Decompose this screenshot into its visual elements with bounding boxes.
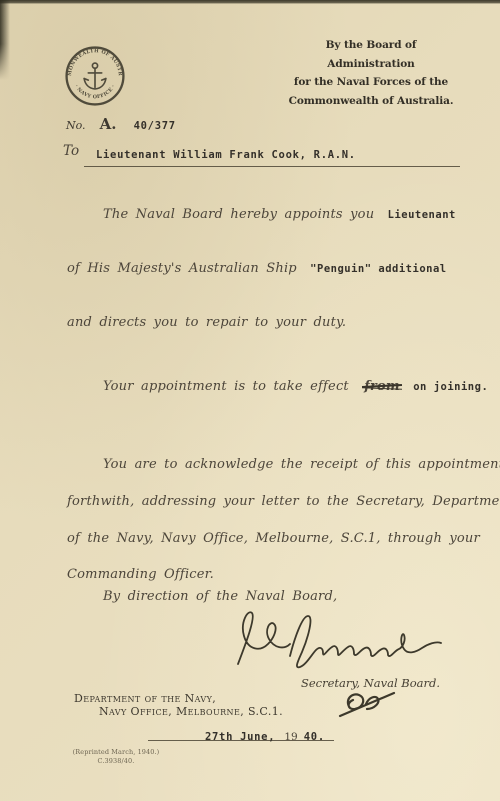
ack-line-4: Commanding Officer. <box>67 567 214 582</box>
ack-line-2: forthwith, addressing your letter to the… <box>67 494 500 509</box>
effect-struck-word: from <box>364 379 400 394</box>
navy-office-seal: COMMONWEALTH OF AUSTRALIA · NAVY OFFICE … <box>64 45 126 107</box>
department-line-2: Navy Office, Melbourne, S.C.1. <box>99 705 283 718</box>
no-label: No. <box>66 119 86 132</box>
authority-line: By the Board of Administration <box>282 36 460 73</box>
printers-note: (Reprinted March, 1940.) C.3938/40. <box>70 748 162 766</box>
date-day-typed: 27th June, <box>205 731 275 743</box>
ship-name-typed: "Penguin" additional <box>310 263 446 275</box>
date-line: 27th June, 19 40. <box>205 725 325 744</box>
to-label: To <box>63 143 79 159</box>
body-line-appoint: The Naval Board hereby appoints you Lieu… <box>103 207 456 222</box>
direction-line: By direction of the Naval Board, <box>103 589 337 604</box>
printers-note-line-1: (Reprinted March, 1940.) <box>70 748 162 757</box>
body-line-duty: and directs you to repair to your duty. <box>67 315 346 330</box>
duty-printed: and directs you to repair to your duty. <box>67 315 346 330</box>
authority-line: Commonwealth of Australia. <box>282 92 460 111</box>
effect-printed: Your appointment is to take effect <box>103 379 349 394</box>
authority-line: for the Naval Forces of the <box>282 73 460 92</box>
handwritten-initials-scribble <box>336 688 400 720</box>
ack-line-1: You are to acknowledge the receipt of th… <box>103 457 500 472</box>
appoint-rank-typed: Lieutenant <box>388 209 456 221</box>
date-year-printed: 19 <box>284 731 297 743</box>
photo-edge-top <box>0 0 500 4</box>
effect-typed: on joining. <box>413 381 488 393</box>
addressee-name: Lieutenant William Frank Cook, R.A.N. <box>96 149 356 161</box>
series-letter: A. <box>100 115 117 133</box>
printers-note-line-2: C.3938/40. <box>70 757 162 766</box>
seal-arc-top-text: COMMONWEALTH OF AUSTRALIA <box>64 45 123 77</box>
reference-line: No. A. 40/377 <box>66 114 176 133</box>
body-line-ship: of His Majesty's Australian Ship "Pengui… <box>67 261 447 276</box>
department-line-1: Department of the Navy, <box>74 692 216 705</box>
file-number: 40/377 <box>134 120 176 132</box>
secretary-signature <box>228 604 450 678</box>
ack-line-3: of the Navy, Navy Office, Melbourne, S.C… <box>67 531 480 546</box>
date-year-typed: 40. <box>304 731 325 743</box>
ship-printed: of His Majesty's Australian Ship <box>67 261 297 276</box>
appoint-printed: The Naval Board hereby appoints you <box>103 207 374 222</box>
addressee-rule: Lieutenant William Frank Cook, R.A.N. <box>84 141 460 167</box>
anchor-icon <box>84 63 106 89</box>
body-line-effect: Your appointment is to take effect from … <box>103 379 488 394</box>
authority-block: By the Board of Administration for the N… <box>282 36 460 110</box>
photo-edge-corner <box>0 0 10 80</box>
